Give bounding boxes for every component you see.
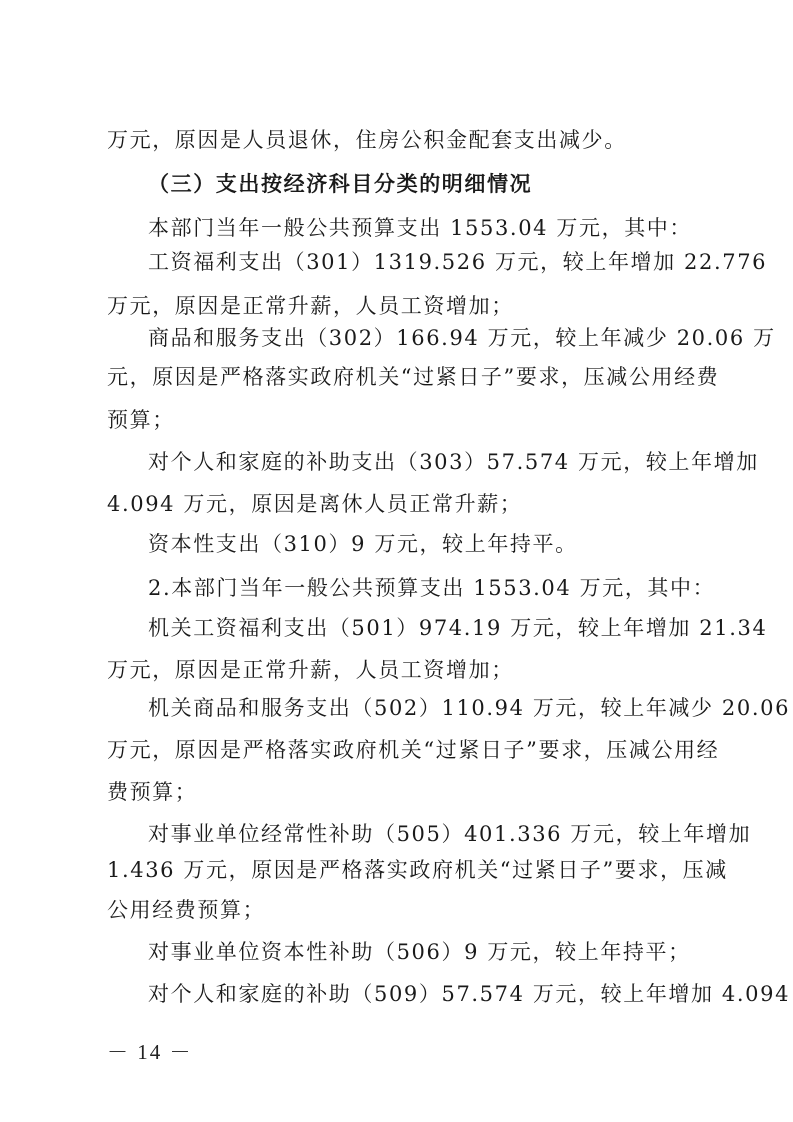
text-line: 对事业单位经常性补助（505）401.336 万元，较上年增加 xyxy=(148,820,738,848)
text-line: 商品和服务支出（302）166.94 万元，较上年减少 20.06 万 xyxy=(148,324,738,352)
text-line: 万元，原因是严格落实政府机关“过紧日子”要求，压减公用经 xyxy=(107,736,697,764)
text-line: 机关工资福利支出（501）974.19 万元，较上年增加 21.34 xyxy=(148,614,738,642)
text-line: 预算； xyxy=(107,406,697,434)
text-line: 费预算； xyxy=(107,778,697,806)
text-line: 对个人和家庭的补助支出（303）57.574 万元，较上年增加 xyxy=(148,448,738,476)
text-line: 公用经费预算； xyxy=(107,896,697,924)
text-line: 2.本部门当年一般公共预算支出 1553.04 万元，其中： xyxy=(148,574,738,602)
text-line: 机关商品和服务支出（502）110.94 万元，较上年减少 20.06 xyxy=(148,694,738,722)
text-line: 元，原因是严格落实政府机关“过紧日子”要求，压减公用经费 xyxy=(107,363,697,391)
text-line: 万元，原因是正常升薪，人员工资增加； xyxy=(107,292,697,320)
text-line: 4.094 万元，原因是离休人员正常升薪； xyxy=(107,490,697,518)
text-line: 万元，原因是正常升薪，人员工资增加； xyxy=(107,656,697,684)
document-page: 万元，原因是人员退休，住房公积金配套支出减少。 （三）支出按经济科目分类的明细情… xyxy=(0,0,793,1122)
text-line: 对事业单位资本性补助（506）9 万元，较上年持平； xyxy=(148,938,738,966)
text-line: 工资福利支出（301）1319.526 万元，较上年增加 22.776 xyxy=(148,248,738,276)
text-line: 本部门当年一般公共预算支出 1553.04 万元，其中： xyxy=(148,214,738,242)
section-heading: （三）支出按经济科目分类的明细情况 xyxy=(148,170,738,198)
text-line: 1.436 万元，原因是严格落实政府机关“过紧日子”要求，压减 xyxy=(107,856,697,884)
text-line: 资本性支出（310）9 万元，较上年持平。 xyxy=(148,530,738,558)
text-line: 万元，原因是人员退休，住房公积金配套支出减少。 xyxy=(107,126,697,154)
page-number: － 14 － xyxy=(107,1036,193,1066)
text-line: 对个人和家庭的补助（509）57.574 万元，较上年增加 4.094 xyxy=(148,980,738,1008)
